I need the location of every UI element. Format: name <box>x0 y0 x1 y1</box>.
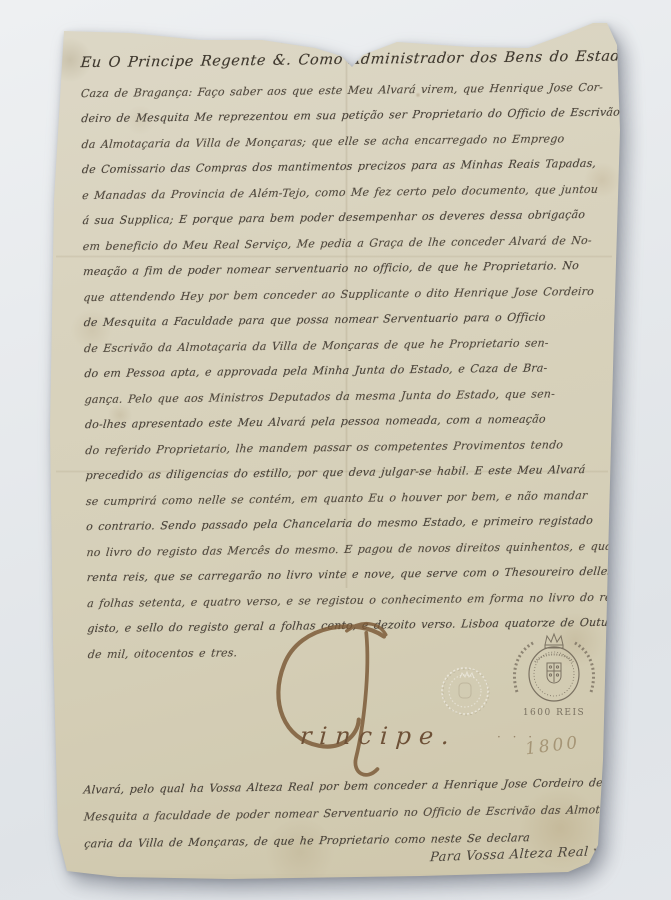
paper-shadow: Eu O Principe Regente &. Como Administra… <box>0 0 671 900</box>
docket-line: Alvará, pelo qual ha Vossa Alteza Real p… <box>83 776 604 796</box>
photograph-of-manuscript: Eu O Principe Regente &. Como Administra… <box>0 0 671 900</box>
manuscript-paper: Eu O Principe Regente &. Como Administra… <box>0 0 671 900</box>
docket-line: Mesquita a faculdade de poder nomear Ser… <box>83 803 611 823</box>
docket-line: çaria da Villa de Monçaras, de que he Pr… <box>84 831 531 850</box>
docket-block: Alvará, pelo qual ha Vossa Alteza Real p… <box>0 0 671 900</box>
